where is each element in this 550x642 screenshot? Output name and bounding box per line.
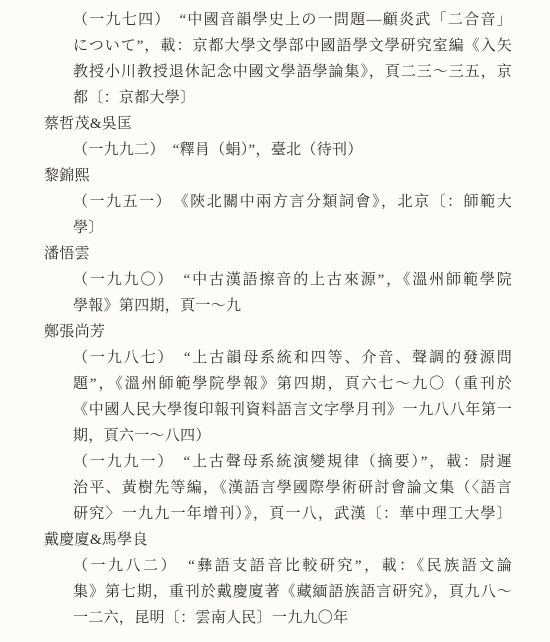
entry-line: （一九七四） “中國音韻學史上の一問題—顧炎武「二合音」 [73,7,512,33]
author-heading: 蔡哲茂&吳匡 [44,111,512,137]
author-heading: 黎錦熙 [44,163,512,189]
author-heading: 潘悟雲 [44,241,512,267]
author-heading: 戴慶廈&馬學良 [44,527,512,553]
entry-line: について”，載：京都大學文學部中國語學文學研究室編《入矢 [73,33,512,59]
entry-line: （一九八二） “彝語支語音比較研究”，載：《民族語文論 [73,553,512,579]
entry-line: （一九九二） “釋肙（蜎）”，臺北（待刊） [73,137,512,163]
bibliography-entry: （一九七四） “中國音韻學史上の一問題—顧炎武「二合音」について”，載：京都大學… [44,7,512,111]
entry-line: （一九九一） “上古聲母系統演變規律（摘要）”，載：尉遲 [73,449,512,475]
entry-line: 一二六，昆明〔：雲南人民〕一九九〇年 [73,605,512,631]
entry-line: 題”，《溫州師範學院學報》第四期，頁六七～九〇（重刊於 [73,371,512,397]
entry-line: 學報》第四期，頁一～九 [73,293,512,319]
entry-line: 教授小川教授退休記念中國文學語學論集》，頁二三～三五，京 [73,59,512,85]
entry-line: 都〔：京都大學〕 [73,85,512,111]
entry-line: 治平、黃樹先等編，《漢語言學國際學術研討會論文集（〈語言 [73,475,512,501]
bibliography-page: （一九七四） “中國音韻學史上の一問題—顧炎武「二合音」について”，載：京都大學… [0,0,550,642]
bibliography-entry: （一九九二） “釋肙（蜎）”，臺北（待刊） [44,137,512,163]
bibliography-entry: （一九九一） “上古聲母系統演變規律（摘要）”，載：尉遲治平、黃樹先等編，《漢語… [44,449,512,527]
bibliography-entry: （一九八二） “彝語支語音比較研究”，載：《民族語文論集》第七期，重刊於戴慶廈著… [44,553,512,631]
entry-line: 研究〉一九九一年增刊）》，頁一八，武漢〔：華中理工大學〕 [73,501,512,527]
entry-line: （一九九〇） “中古漢語擦音的上古來源”，《溫州師範學院 [73,267,512,293]
bibliography-entry: （一九五一） 《陝北關中兩方言分類詞會》，北京〔：師範大學〕 [44,189,512,241]
entry-line: 集》第七期，重刊於戴慶廈著《藏緬語族語言研究》，頁九八～ [73,579,512,605]
entry-line: （一九五一） 《陝北關中兩方言分類詞會》，北京〔：師範大 [73,189,512,215]
entry-line: 學〕 [73,215,512,241]
entry-line: 《中國人民大學復印報刊資料語言文字學月刊》一九八八年第一 [73,397,512,423]
bibliography-entry: （一九九〇） “中古漢語擦音的上古來源”，《溫州師範學院學報》第四期，頁一～九 [44,267,512,319]
entry-line: 期，頁六一～八四） [73,423,512,449]
entry-line: （一九八七） “上古韻母系統和四等、介音、聲調的發源問 [73,345,512,371]
bibliography-entry: （一九八七） “上古韻母系統和四等、介音、聲調的發源問題”，《溫州師範學院學報》… [44,345,512,449]
author-heading: 鄭張尚芳 [44,319,512,345]
